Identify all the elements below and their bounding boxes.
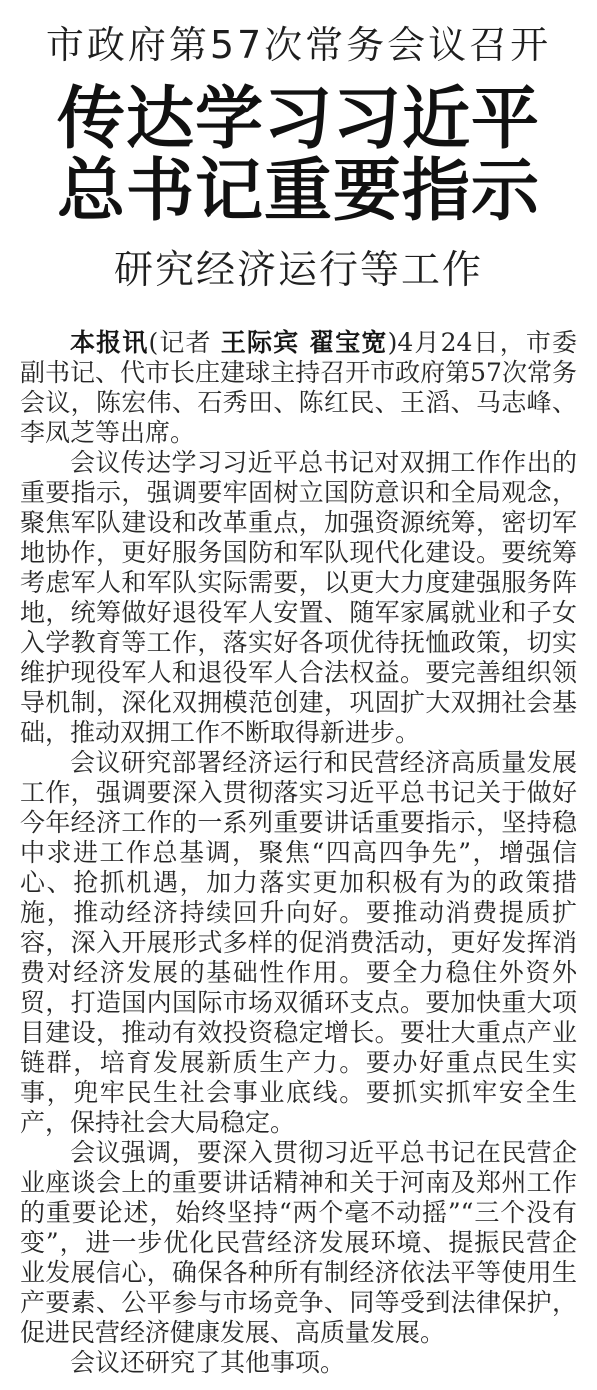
reporter-names: 王际宾 翟宝宽 bbox=[221, 328, 388, 357]
subheadline: 研究经济运行等工作 bbox=[20, 249, 577, 292]
newspaper-article-page: 市政府第57次常务会议召开 传达学习习近平 总书记重要指示 研究经济运行等工作 … bbox=[0, 0, 597, 1390]
kicker-headline: 市政府第57次常务会议召开 bbox=[20, 24, 577, 66]
paragraph-other-matters: 会议还研究了其他事项。 bbox=[20, 1348, 577, 1378]
paragraph-private-economy: 会议强调，要深入贯彻习近平总书记在民营企业座谈会上的重要讲话精神和关于河南及郑州… bbox=[20, 1138, 577, 1348]
main-headline-line1: 传达学习习近平 bbox=[20, 84, 577, 156]
paragraph-shuangyong: 会议传达学习习近平总书记对双拥工作作出的重要指示，强调要牢固树立国防意识和全局观… bbox=[20, 448, 577, 748]
byline-suffix: ) bbox=[388, 328, 398, 357]
byline-prefix: (记者 bbox=[148, 328, 220, 357]
paragraph-economy: 会议研究部署经济运行和民营经济高质量发展工作，强调要深入贯彻落实习近平总书记关于… bbox=[20, 748, 577, 1138]
source-label: 本报讯 bbox=[70, 328, 148, 357]
article-body: 本报讯(记者 王际宾 翟宝宽)4月24日，市委副书记、代市长庄建球主持召开市政府… bbox=[20, 328, 577, 1378]
lead-paragraph: 本报讯(记者 王际宾 翟宝宽)4月24日，市委副书记、代市长庄建球主持召开市政府… bbox=[20, 328, 577, 448]
main-headline-line2: 总书记重要指示 bbox=[20, 156, 577, 228]
main-headline: 传达学习习近平 总书记重要指示 bbox=[20, 84, 577, 228]
